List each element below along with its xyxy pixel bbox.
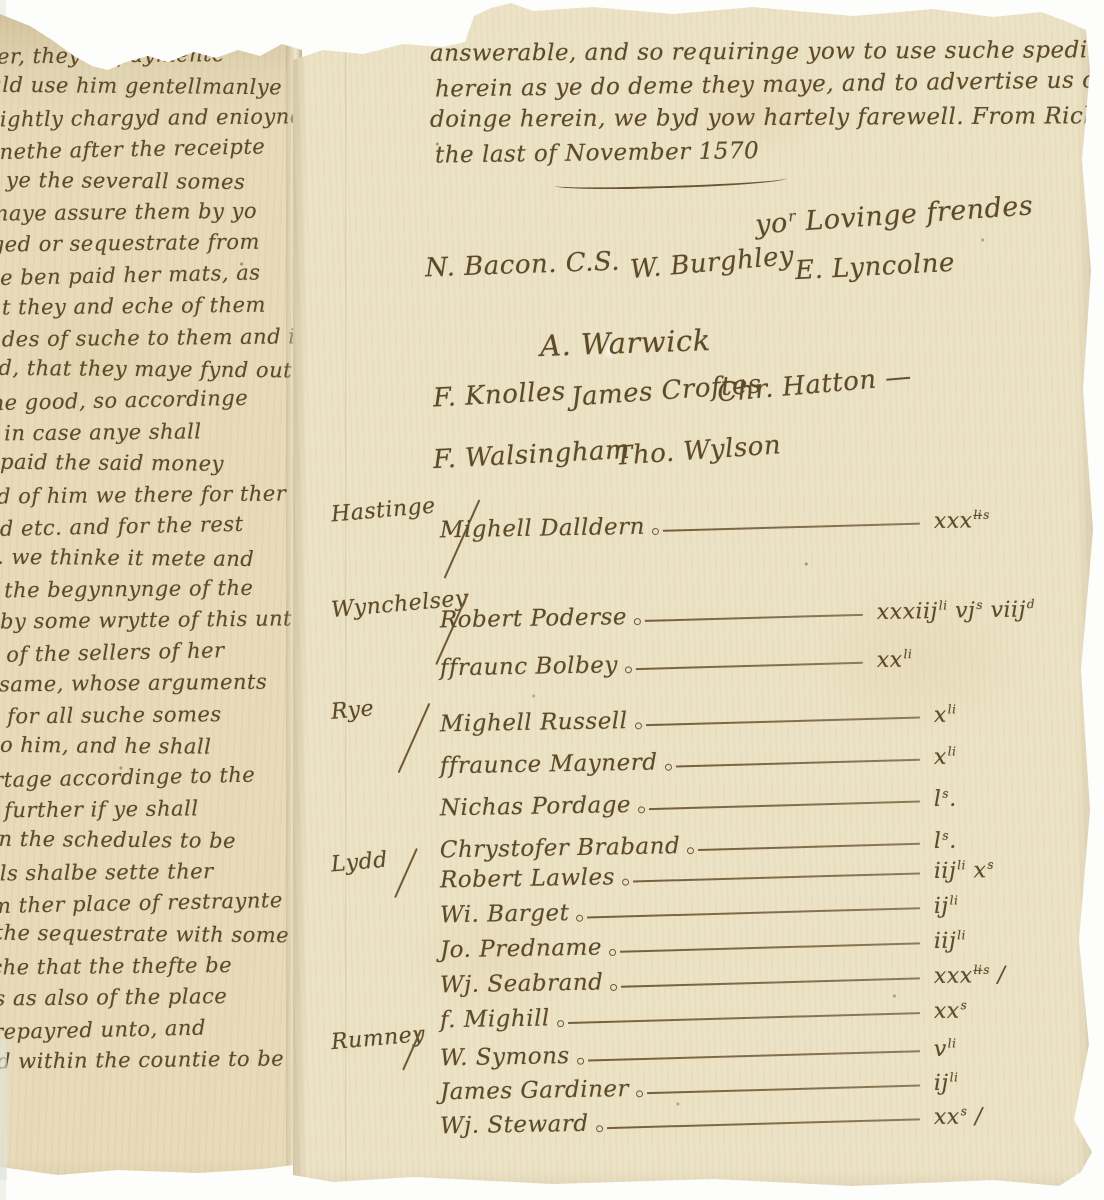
roster-name: Chrystofer Braband [440,833,681,863]
roster-name: Robert Poderse [440,604,628,633]
roster-amount: xxs / [934,1103,1052,1130]
roster-name: W. Symons [440,1043,570,1071]
left-text-line: and further if ye shall [0,792,316,827]
leader-line [646,717,920,727]
leader-line [587,907,920,918]
roster-row: ffraunc Bolbey xxli [440,645,1053,704]
leader-line [607,1118,920,1129]
signature-walsingham: F. Walsingham [432,435,631,475]
closing-salutation: yor Lovinge frendes [754,190,1034,240]
roster-amount: ls. [934,785,1052,812]
roster-amount: ijli [934,1069,1052,1096]
left-text-line: that they and eche of them [0,289,316,324]
leader-line [675,759,919,768]
leader-line [568,1012,920,1024]
leader-line [588,1050,920,1061]
left-text-line: sons as also of the place [0,980,316,1015]
left-text-line: yow for all suche somes [0,698,316,733]
left-text-line: monethe after the receipte [0,131,316,170]
roster-name: Wj. Seabrand [440,969,604,998]
signature-wilson: Tho. Wylson [614,430,782,472]
roster-amount: xxxlis [934,507,1052,534]
left-text-line: opper, they in paymente [0,38,316,73]
roster-amount: ls. [934,827,1052,854]
label-flourish [394,848,418,898]
scan-edge-tint [0,1040,7,1180]
roster-amount: xxxlis / [934,962,1052,989]
roster-amount: xxxiijli vjs viijd [877,597,1052,625]
roster-row: Mighell Dalldern xxxlis [440,507,1053,560]
roster-name: Wi. Barget [440,900,570,928]
letter-page: answerable, and so requiringe yow to use… [293,0,1095,1200]
left-text-line: shuld use him gentellmanlye [0,70,316,104]
roster-name: Jo. Predname [440,935,602,964]
roster-name: f. Mighill [440,1005,550,1033]
left-text-line: and the begynnynge of the [0,572,316,607]
manuscript-scan: opper, they in paymente shuld use him ge… [0,0,1104,1200]
left-page-text: opper, they in paymente shuld use him ge… [0,40,316,1076]
letter-body-line: the last of November 1570 [435,130,1085,172]
roster-amount: iijli [934,927,1052,954]
roster-amount: iijli xs [934,857,1052,884]
leader-line [663,523,920,532]
left-text-line: ld in the schedules to be [0,824,316,858]
left-text-line: be paid the said money [0,447,316,481]
leader-line [636,662,863,670]
left-page-fragment: opper, they in paymente shuld use him ge… [0,0,302,1200]
left-text-line: the same, whose arguments [0,666,316,701]
left-text-line: etc. we thinke it mete and [0,541,316,575]
left-text-line: frendes of suche to them and in [0,321,316,356]
signature-knollys: F. Knolles [432,377,566,414]
roster-name: Nichas Pordage [440,792,632,821]
leader-line [645,614,863,622]
signature-hatton: Chr. Hatton — [716,362,913,409]
signature-bacon: N. Bacon. C.S. [425,247,621,284]
roster-name: Robert Lawles [440,864,615,893]
roster-amount: xxli [877,645,1052,673]
leader-line [698,843,920,851]
left-text-line: ye maye assure them by yo [0,195,316,230]
roster-name: Wj. Steward [440,1111,589,1140]
roster-name: ffraunce Maynerd [440,750,658,780]
roster-name: Mighell Dalldern [440,514,646,544]
left-text-line: muche that the thefte be [0,949,316,984]
section-label: Lydd [330,848,389,878]
signature-lincoln: E. Lyncolne [794,248,955,286]
signature-warwick: A. Warwick [539,323,711,363]
roster-amount: xli [934,743,1052,770]
letter-body: answerable, and so requiringe yow to use… [435,36,1085,168]
roster-amount: vli [934,1035,1052,1062]
roster-name: Mighell Russell [440,708,628,737]
left-text-line: of the sequestrate with some [0,918,316,952]
left-text-line: hand within the countie to be [0,1043,316,1078]
left-text-line: dued etc. and for the rest [0,507,316,546]
leader-line [649,801,920,811]
signature-burghley: W. Burghley [629,241,795,285]
section-label: Rye [330,696,375,725]
date-underline-flourish [555,173,787,191]
left-text-line: and in case anye shall [0,415,316,450]
leader-line [633,872,920,882]
leader-line [620,942,920,952]
roster-amount: ijli [934,892,1052,919]
label-flourish [398,703,431,773]
left-text-line: portage accordinge to the [0,759,316,798]
roster-amount: xli [934,701,1052,728]
left-text-line: ent ye the severall somes [0,164,316,198]
leader-line [647,1085,920,1095]
leader-line [621,977,919,987]
roster-amount: xxs [934,997,1052,1024]
roster-name: ffraunc Bolbey [440,652,618,681]
roster-name: James Gardiner [440,1076,629,1105]
